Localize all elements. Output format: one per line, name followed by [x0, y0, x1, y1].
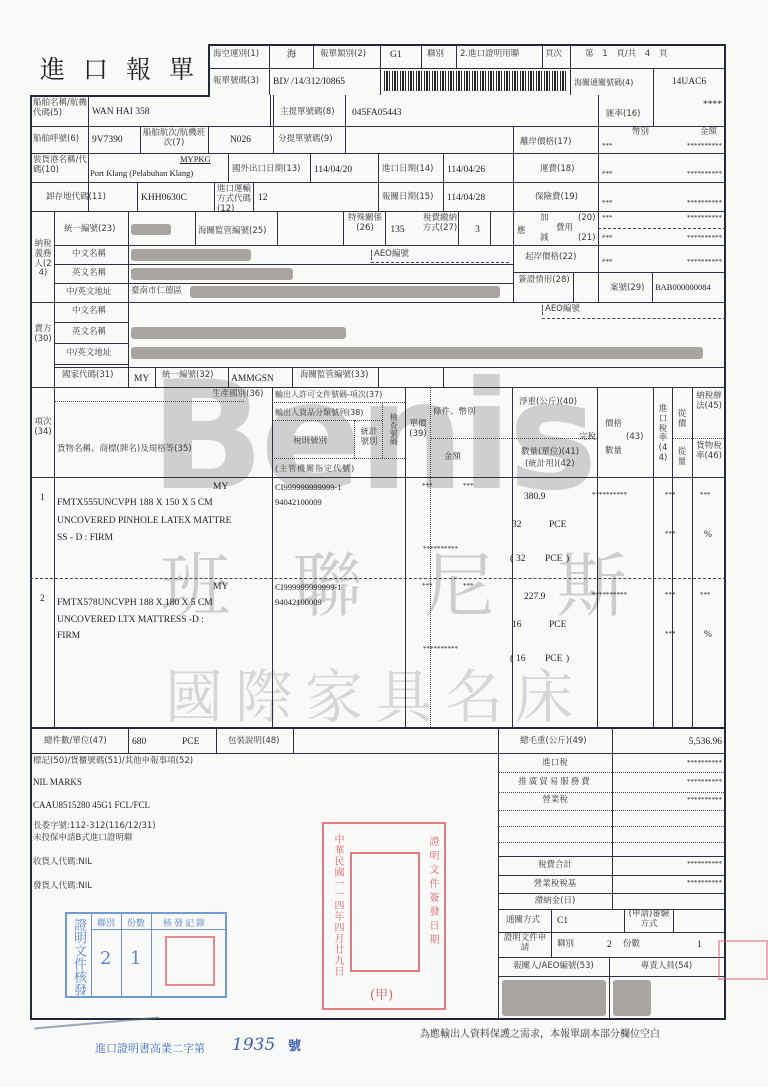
item-permit-no: CI999999999999-1 [275, 483, 342, 493]
page-label: 頁次 [545, 50, 562, 60]
declare-date-label: 報關日期(15) [382, 193, 433, 203]
call-sign-value: 9V7390 [92, 135, 123, 146]
exchange-rate-label: 匯率(16) [606, 110, 640, 120]
broker-label: 報關人/AEO編號(53) [498, 962, 609, 972]
customs-clearance-no-label: 海關通關號碼(4) [574, 78, 633, 87]
visa-label: 簽證情形(28) [516, 276, 572, 286]
case-no-label: 案號(29) [610, 284, 644, 294]
col-commodity-tax-rate: 貨物稅率(46) [694, 442, 724, 462]
item-stat-quantity-close: ) [566, 654, 569, 665]
col-stat-quantity: (統計用)(42) [525, 460, 575, 470]
call-sign-label: 船舶呼號(6) [33, 135, 79, 145]
seller-address-label: 中/英文地址 [66, 349, 111, 359]
col-import-tax-rate: 進口稅率(44) [655, 405, 671, 464]
transport-mode-value: 海 [270, 50, 313, 61]
late-fee-label: 滯納金(日) [498, 897, 612, 907]
col-specific: 從量 [675, 448, 689, 468]
sub-currency: *** [602, 234, 613, 242]
remarks-label: 標記(50)/貨櫃號碼(51)/其他申報事項(52) [33, 757, 193, 767]
document-title: 進口報單 [40, 56, 212, 85]
declaration-no-label: 報單號碼(3) [213, 77, 259, 87]
cert-count-value: 1 [697, 940, 702, 951]
item-duty-paid-value: ********** [592, 591, 627, 599]
taxpayer-address-redacted [190, 286, 500, 298]
barcode [384, 71, 566, 91]
item-stat-quantity-close: ) [566, 554, 569, 565]
page-indicator: 第 1 頁/共 4 頁 [585, 50, 668, 60]
packages-value: 680 [132, 737, 146, 748]
officer-redacted [613, 980, 651, 1016]
vessel-name-label: 船舶名稱/航機代碼(5) [33, 99, 89, 119]
master-bl-value: 045FA05443 [352, 108, 401, 119]
col-goods-class: 輸出人貨品分類號列(38) [275, 408, 363, 417]
item-rate-ad-valorem: *** [665, 591, 676, 599]
item-amount: ********** [423, 545, 458, 553]
broker-redacted [502, 980, 606, 1016]
storage-code-label: 卸存地代碼(11) [46, 193, 106, 203]
blue-stamp-title: 證明文件核發 [69, 918, 88, 996]
declaration-no-value: BD/ /14/312/I0865 [273, 77, 345, 88]
taxpayer-cn-name-label: 中文名稱 [72, 250, 106, 260]
transport-code-value: 12 [258, 193, 268, 204]
item-origin: MY [213, 582, 228, 593]
cert-number-suffix: 號 [288, 1040, 301, 1055]
special-relation-value: 135 [385, 225, 410, 236]
adjust-prefix: 應 [517, 227, 526, 237]
cert-number: 1935 [232, 1036, 275, 1056]
cert-issuance-stamp: 證明文件核發 聯別 份數 核發記錄 2 1 [65, 912, 227, 998]
taxpayer-aeo-label: AEO編號 [371, 250, 409, 260]
item-description-line: FMTX578UNCVPH 188 X 180 X 5 CM [57, 598, 213, 609]
item-commodity-rate: % [704, 530, 712, 541]
gross-weight-value: 5,536.96 [630, 737, 722, 748]
declaration-type-label: 報單類別(2) [320, 50, 366, 60]
import-duty-value: ********** [640, 759, 722, 767]
side-stamp-partial [718, 940, 768, 980]
blue-stamp-count: 1 [130, 948, 141, 969]
item-description-line: SS - D : FIRM [57, 533, 113, 544]
loading-port-code: MYPKG [180, 155, 211, 165]
col-export-permit: 輸出人許可文件號碼-項次(37) [275, 390, 382, 399]
taxpayer-customs-supervision-label: 海關監管編號(25) [198, 227, 266, 237]
blue-stamp-copy-header: 聯別 [97, 916, 115, 929]
tax-total-value: ********** [640, 860, 722, 868]
trade-promotion-value: ********** [640, 778, 722, 786]
export-date-label: 國外出口日期(13) [232, 165, 300, 175]
freight-label: 運費(18) [540, 165, 574, 175]
officer-label: 專責人員(54) [609, 962, 724, 972]
amount-header: 金額 [700, 128, 717, 138]
tax-total-label: 稅費合計 [498, 861, 612, 871]
taxpayer-address-visible: 臺南市仁德區 [131, 287, 182, 297]
item-tax-method: *** [700, 591, 711, 599]
col-description: 貨物名稱、商標(牌名)及規格等(35) [57, 445, 192, 455]
col-price-quantity: 數量 [605, 447, 622, 457]
blue-stamp-copy: 2 [100, 948, 111, 969]
col-origin: 生產國別(36) [212, 390, 263, 400]
item-rate-specific: *** [665, 630, 676, 638]
import-date-value: 114/04/26 [447, 165, 485, 176]
col-stat-no: 統計號別 [358, 428, 380, 448]
seller-country-value: MY [134, 374, 149, 385]
col-ad-valorem: 從價 [675, 410, 689, 430]
remarks-line: 長委字號:112-312(116/12/31) [33, 822, 156, 832]
cif-currency: *** [602, 258, 613, 266]
fob-label: 離岸價格(17) [520, 138, 571, 148]
col-tariff-no: 稅則號別 [293, 437, 327, 447]
item-stat-unit: PCE [545, 654, 562, 665]
col-unit-price: 單價(39) [408, 420, 428, 440]
item-description-line: UNCOVERED LTX MATTRESS -D : [57, 615, 204, 626]
item-stat-quantity: 16 [516, 654, 526, 665]
blue-stamp-record-header: 核發記錄 [163, 916, 207, 929]
item-no: 1 [40, 493, 45, 504]
packing-desc-label: 包裝說明(48) [228, 737, 279, 747]
master-bl-label: 主提單號碼(8) [280, 108, 335, 118]
case-no-value: BAB000000084 [655, 283, 711, 293]
red-stamp-bottom: (甲) [370, 984, 393, 1003]
col-duty-paid-no: (43) [626, 433, 643, 443]
red-stamp-left: 中華民國一一四年四月廿九日 [330, 834, 345, 977]
insurance-label: 保險費(19) [535, 193, 578, 203]
remarks-line: 發貨人代碼:NIL [33, 882, 92, 892]
taxpayer-en-name-label: 英文名稱 [72, 269, 106, 279]
clearance-method-label: 通關方式 [506, 916, 540, 926]
item-amount: ********** [423, 645, 458, 653]
payment-method-value: 3 [466, 225, 489, 236]
fob-amount: ********** [650, 142, 722, 150]
frame-title-left [208, 44, 210, 96]
col-quantity: 數量(單位)(41) [521, 448, 579, 458]
seller-uniform-no-value: AMMGSN [231, 374, 274, 385]
business-tax-value: ********** [640, 796, 722, 804]
item-tax-method: *** [700, 491, 711, 499]
export-date-value: 114/04/20 [314, 165, 352, 176]
watermark-cn-name: 班 聯 尼 斯 [160, 530, 647, 631]
col-duty-paid: 完稅 [579, 433, 596, 443]
col-authority-code: (主管機關指定代號) [275, 464, 355, 473]
cif-amount: ********** [650, 258, 722, 266]
col-terms-currency: 條件、幣別 [433, 408, 476, 418]
trade-promotion-label: 推廣貿易服務費 [498, 778, 612, 788]
seller-country-label: 國家代碼(31) [62, 371, 113, 381]
item-commodity-rate: % [704, 630, 712, 641]
import-duty-label: 進口稅 [498, 759, 612, 769]
seller-en-name-redacted [131, 327, 346, 339]
loading-port-name: Port Klang (Pelabuhan Klang) [90, 169, 193, 179]
item-unit: PCE [549, 520, 566, 531]
gross-weight-label: 總毛重(公斤)(49) [520, 737, 587, 747]
copy-label: 聯別 [427, 50, 444, 60]
seller-cn-name-label: 中文名稱 [72, 307, 106, 317]
voyage-value: N026 [208, 135, 273, 146]
cert-date-stamp: 證明文件簽發日期 中華民國一一四年四月廿九日 (甲) [322, 822, 446, 1010]
item-permit-no: CI999999999999-1 [275, 583, 342, 593]
item-stat-quantity-open: ( [510, 654, 513, 665]
freight-currency: *** [602, 170, 613, 178]
transport-code-label: 進口運輸方式代碼(12) [217, 185, 255, 214]
house-bl-label: 分提單號碼(9) [278, 135, 333, 145]
cert-count-label: 份數 [623, 940, 640, 950]
packages-label: 總件數/單位(47) [44, 737, 107, 747]
item-origin: MY [213, 482, 228, 493]
frame-left [30, 95, 32, 1020]
taxpayer-en-name-redacted [131, 268, 293, 280]
item-net-weight: 380.9 [524, 492, 545, 503]
blue-stamp-count-header: 份數 [127, 916, 145, 929]
declare-date-value: 114/04/28 [447, 193, 485, 204]
add-currency: *** [602, 214, 613, 222]
item-no: 2 [40, 594, 45, 605]
freight-amount: ********** [650, 170, 722, 178]
item-description-line: FIRM [57, 631, 80, 642]
red-stamp-seal [350, 852, 420, 972]
currency-header: 幣別 [632, 128, 649, 138]
adjust-sub: 減 [540, 234, 549, 244]
item-tariff: 94042100009 [275, 598, 322, 608]
item-currency: *** [463, 482, 474, 490]
item-net-weight: 227.9 [524, 592, 545, 603]
seller-section-label: 賣方(30) [33, 325, 53, 345]
seller-customs-supervision-label: 海關監管編號(33) [300, 371, 368, 381]
remarks-line: NIL MARKS [33, 777, 82, 787]
item-quantity: 16 [512, 620, 522, 631]
vessel-name-value: WAN HAI 358 [92, 107, 150, 118]
frame-title-bottom [30, 95, 210, 97]
transport-mode-label: 海空運別(1) [213, 50, 259, 60]
import-date-label: 進口日期(14) [382, 165, 433, 175]
taxpayer-address-label: 中/英文地址 [66, 288, 111, 298]
insurance-currency: *** [602, 199, 613, 207]
fob-currency: *** [602, 142, 613, 150]
inspection-label: (申請)審驗方式 [626, 910, 672, 930]
item-stat-quantity-open: ( [510, 554, 513, 565]
seller-uniform-no-label: 統一編號(32) [162, 371, 213, 381]
adjust-add: 加 [540, 214, 549, 224]
item-currency: *** [463, 582, 474, 590]
exchange-rate-value: **** [660, 100, 722, 111]
storage-code-value: KHH0630C [141, 193, 187, 204]
taxpayer-uniform-no-redacted [131, 224, 171, 235]
sub-amount: ********** [650, 234, 722, 242]
item-description-line: FMTX555UNCVPH 188 X 150 X 5 CM [57, 498, 213, 509]
remarks-line: CAAU8515280 45G1 FCL/FCL [33, 800, 150, 810]
taxpayer-section-label: 納稅義務人(24) [33, 240, 53, 279]
privacy-note: 為應輸出人資料保護之需求，本報單副本部分欄位空白 [420, 1029, 660, 1041]
item-stat-quantity: 32 [516, 554, 526, 565]
red-stamp-right: 證明文件簽發日期 [425, 836, 440, 948]
adjust-sub-no: (21) [578, 234, 595, 244]
cert-copy-label: 聯別 [557, 940, 574, 950]
packages-unit: PCE [182, 737, 199, 748]
copy-value: 2.進口證明用聯 [460, 50, 519, 60]
col-net-weight: 淨重(公斤)(40) [519, 398, 577, 408]
item-stat-unit: PCE [545, 554, 562, 565]
cert-label: 證明文件申請 [500, 934, 550, 954]
adjust-add-no: (20) [578, 214, 595, 224]
item-terms: *** [422, 582, 433, 590]
loading-port-label: 裝貨港名稱/代碼(10) [33, 156, 87, 176]
col-amount: 金額 [444, 453, 461, 463]
cert-copy-value: 2 [607, 940, 612, 951]
declaration-type-value: G1 [390, 50, 402, 61]
col-price: 價格 [605, 420, 622, 430]
seal-small-red [165, 936, 215, 986]
special-relation-label: 特殊關係(26) [345, 214, 385, 234]
business-tax-base-value: ********** [640, 879, 722, 887]
col-check-no: 檢查號碼 [389, 413, 398, 445]
business-tax-base-label: 營業稅稅基 [498, 880, 612, 890]
item-duty-paid-value: ********** [592, 491, 627, 499]
taxpayer-cn-name-redacted [131, 249, 251, 261]
seller-en-name-label: 英文名稱 [72, 328, 106, 338]
add-amount: ********** [650, 214, 722, 222]
insurance-amount: ********** [650, 199, 722, 207]
adjust-fee: 費用 [556, 224, 573, 234]
item-unit: PCE [549, 620, 566, 631]
item-tariff: 94042100009 [275, 498, 322, 508]
frame-top [208, 44, 726, 46]
cert-number-prefix: 進口證明書高業二字第 [95, 1043, 205, 1056]
customs-clearance-no-value: 14UAC6 [654, 77, 724, 88]
item-rate-specific: *** [665, 530, 676, 538]
voyage-label: 船舶航次/航機班次(7) [142, 129, 206, 149]
payment-method-label: 稅費繳納方式(27) [422, 214, 458, 234]
item-description-line: UNCOVERED PINHOLE LATEX MATTRE [57, 516, 231, 527]
clearance-method-value: C1 [557, 916, 568, 927]
frame-right [724, 44, 726, 1020]
seller-aeo-label: AEO編號 [542, 305, 580, 315]
remarks-line: 未投保申請B式進口證明聯 [33, 834, 132, 844]
seller-address-redacted [131, 347, 703, 359]
col-tax-method: 納稅辦法(45) [694, 392, 724, 412]
remarks-line: 收貨人代碼:NIL [33, 858, 92, 868]
cif-label: 起岸價格(22) [525, 253, 576, 263]
item-terms: *** [422, 482, 433, 490]
item-rate-ad-valorem: *** [665, 491, 676, 499]
item-quantity: 32 [512, 520, 522, 531]
taxpayer-uniform-no-label: 統一編號(23) [64, 225, 115, 235]
col-item-no: 項次(34) [33, 418, 53, 438]
business-tax-label: 營業稅 [498, 796, 612, 806]
